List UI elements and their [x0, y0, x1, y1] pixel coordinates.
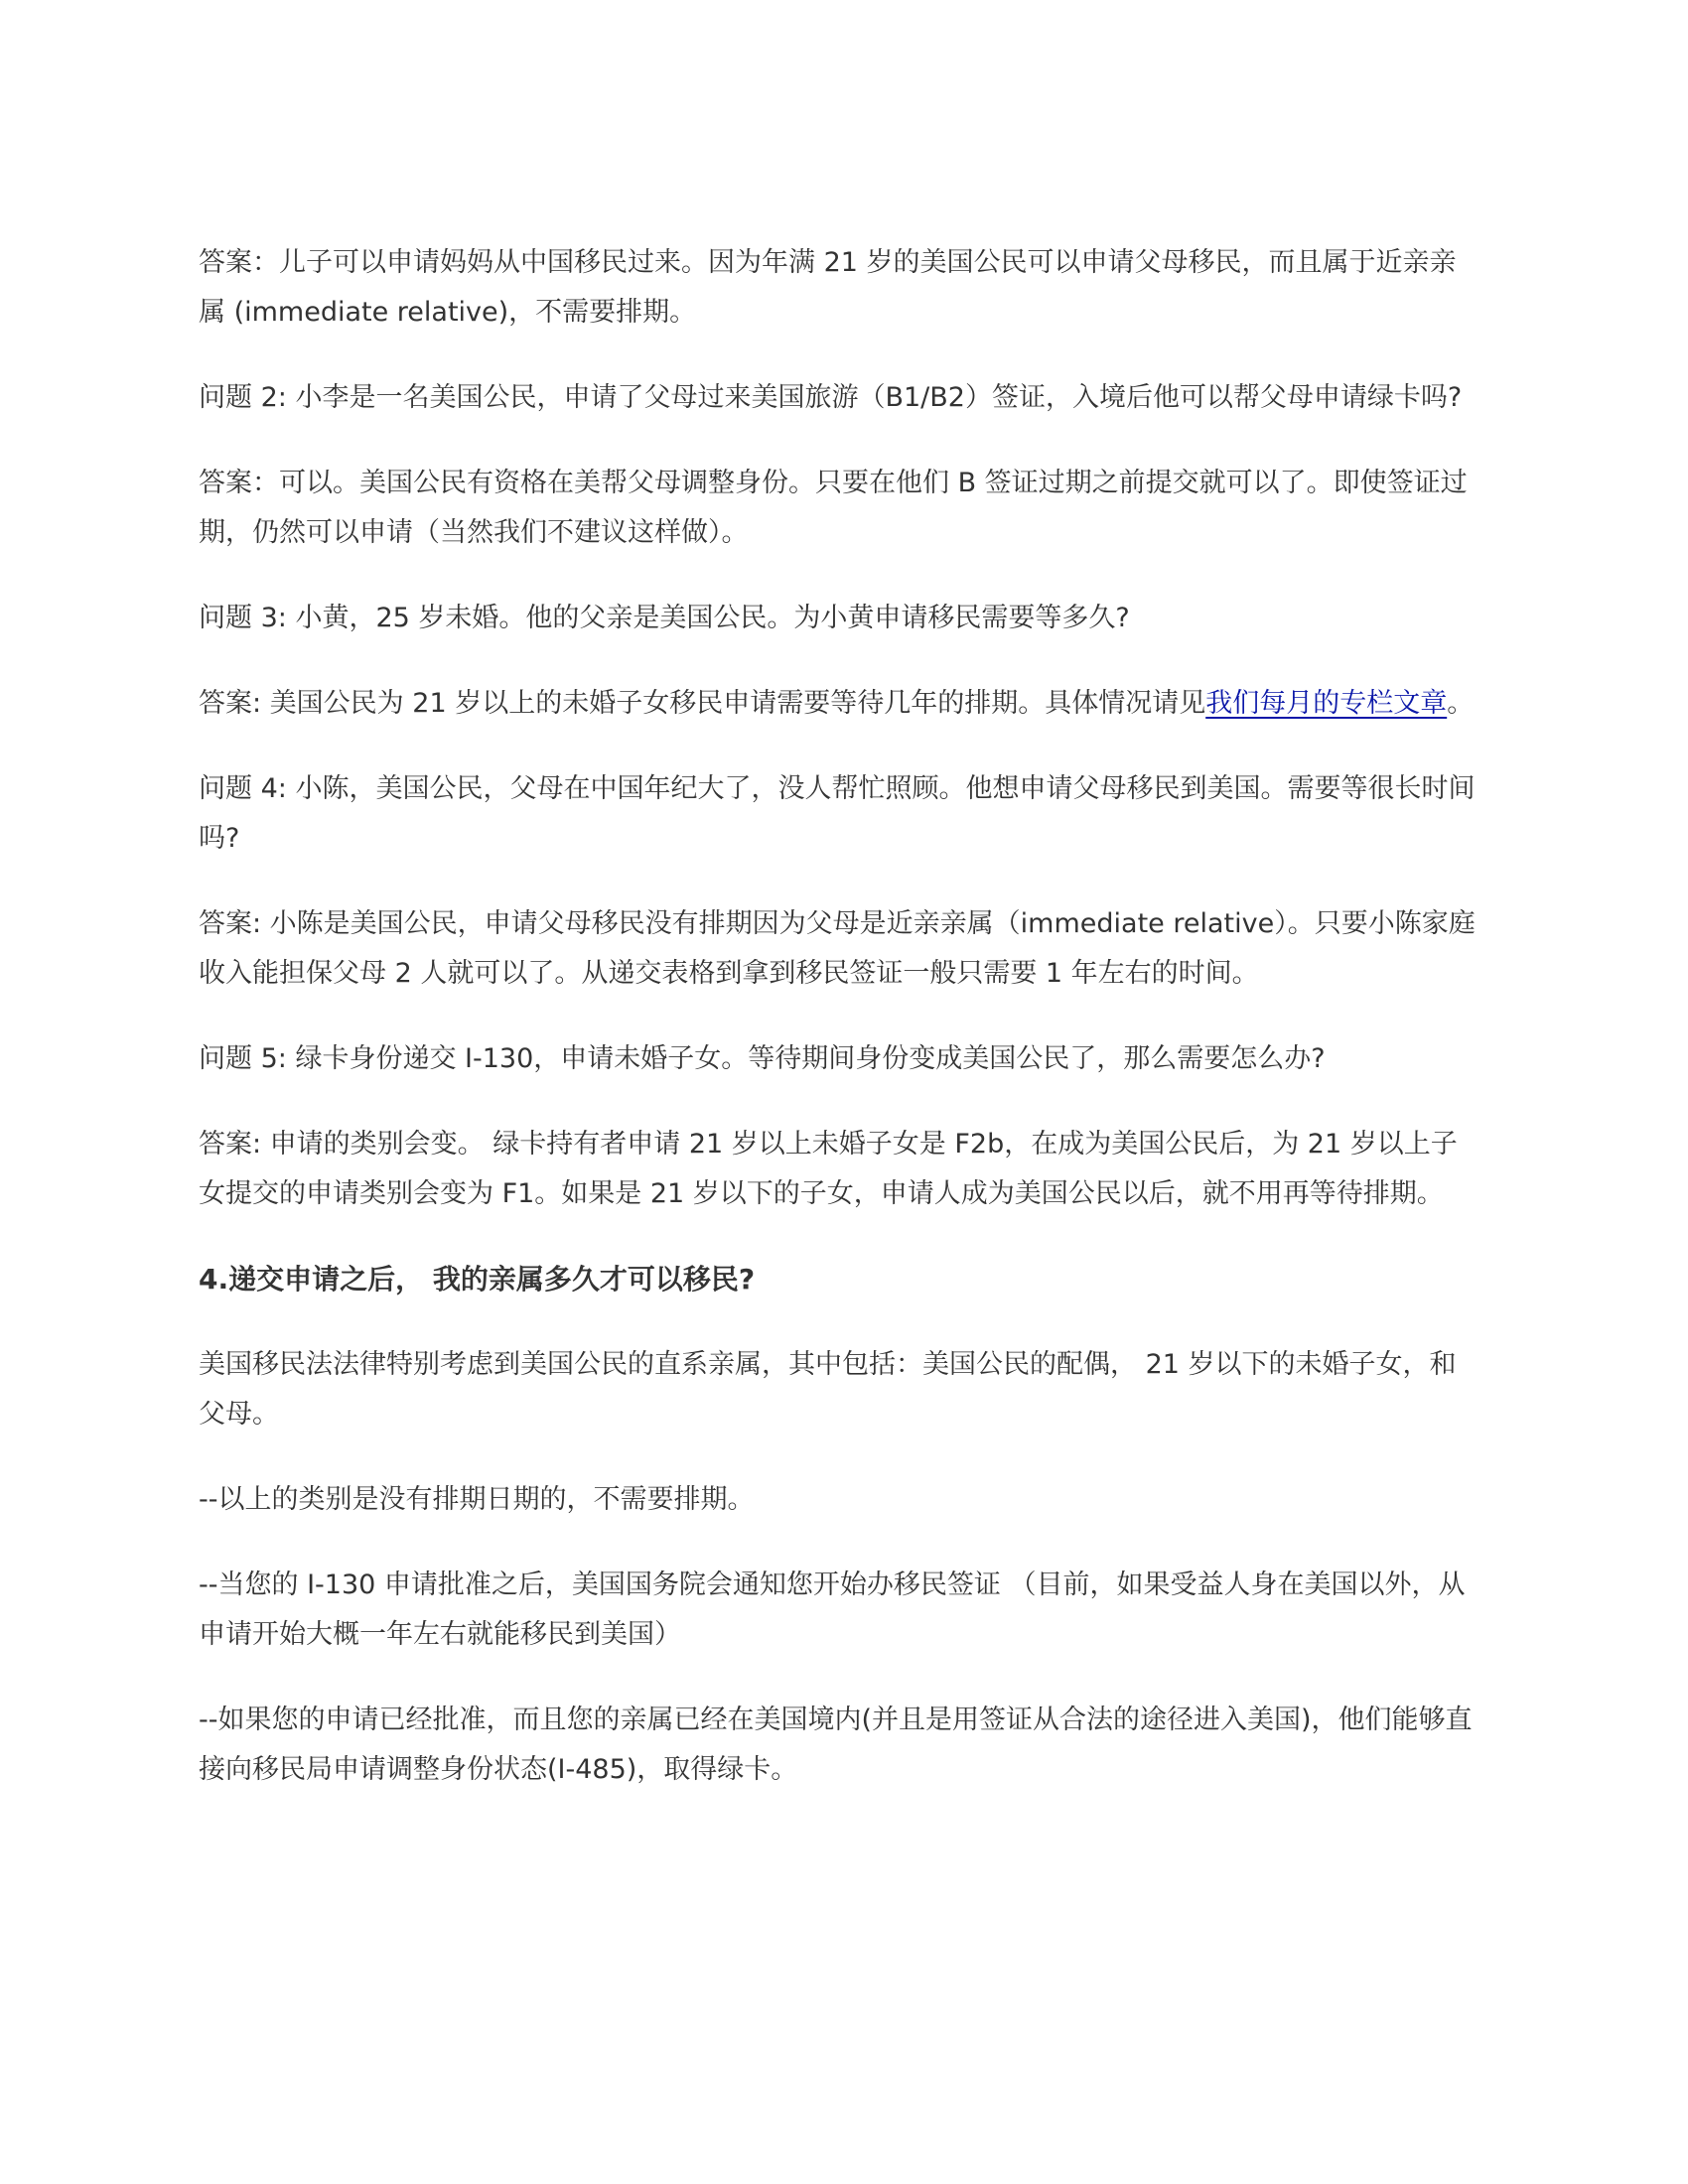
section-paragraph-4: --如果您的申请已经批准，而且您的亲属已经在美国境内(并且是用签证从合法的途径进… [199, 1696, 1479, 1795]
answer-3-text: 答案: 美国公民为 21 岁以上的未婚子女移民申请需要等待几年的排期。具体情况请… [199, 688, 1205, 719]
question-paragraph-4: 问题 4: 小陈，美国公民，父母在中国年纪大了，没人帮忙照顾。他想申请父母移民到… [199, 764, 1479, 864]
document-page: 答案：儿子可以申请妈妈从中国移民过来。因为年满 21 岁的美国公民可以申请父母移… [199, 238, 1479, 1831]
answer-paragraph-2: 答案：可以。美国公民有资格在美帮父母调整身份。只要在他们 B 签证过期之前提交就… [199, 459, 1479, 558]
answer-paragraph-5: 答案: 申请的类别会变。 绿卡持有者申请 21 岁以上未婚子女是 F2b，在成为… [199, 1120, 1479, 1219]
section-paragraph-1: 美国移民法法律特别考虑到美国公民的直系亲属，其中包括：美国公民的配偶， 21 岁… [199, 1340, 1479, 1439]
answer-paragraph-1: 答案：儿子可以申请妈妈从中国移民过来。因为年满 21 岁的美国公民可以申请父母移… [199, 238, 1479, 338]
answer-paragraph-4: 答案: 小陈是美国公民，申请父母移民没有排期因为父母是近亲亲属（immediat… [199, 899, 1479, 999]
question-paragraph-3: 问题 3: 小黄，25 岁未婚。他的父亲是美国公民。为小黄申请移民需要等多久? [199, 594, 1479, 643]
question-paragraph-2: 问题 2: 小李是一名美国公民，申请了父母过来美国旅游（B1/B2）签证，入境后… [199, 373, 1479, 423]
monthly-column-link[interactable]: 我们每月的专栏文章 [1205, 688, 1447, 719]
section-paragraph-3: --当您的 I-130 申请批准之后，美国国务院会通知您开始办移民签证 （目前，… [199, 1561, 1479, 1660]
section-paragraph-2: --以上的类别是没有排期日期的，不需要排期。 [199, 1475, 1479, 1525]
answer-3-text-end: 。 [1447, 688, 1474, 719]
section-heading: 4.递交申请之后， 我的亲属多久才可以移民? [199, 1255, 1479, 1304]
answer-paragraph-3: 答案: 美国公民为 21 岁以上的未婚子女移民申请需要等待几年的排期。具体情况请… [199, 679, 1479, 729]
question-paragraph-5: 问题 5: 绿卡身份递交 I-130，申请未婚子女。等待期间身份变成美国公民了，… [199, 1034, 1479, 1084]
